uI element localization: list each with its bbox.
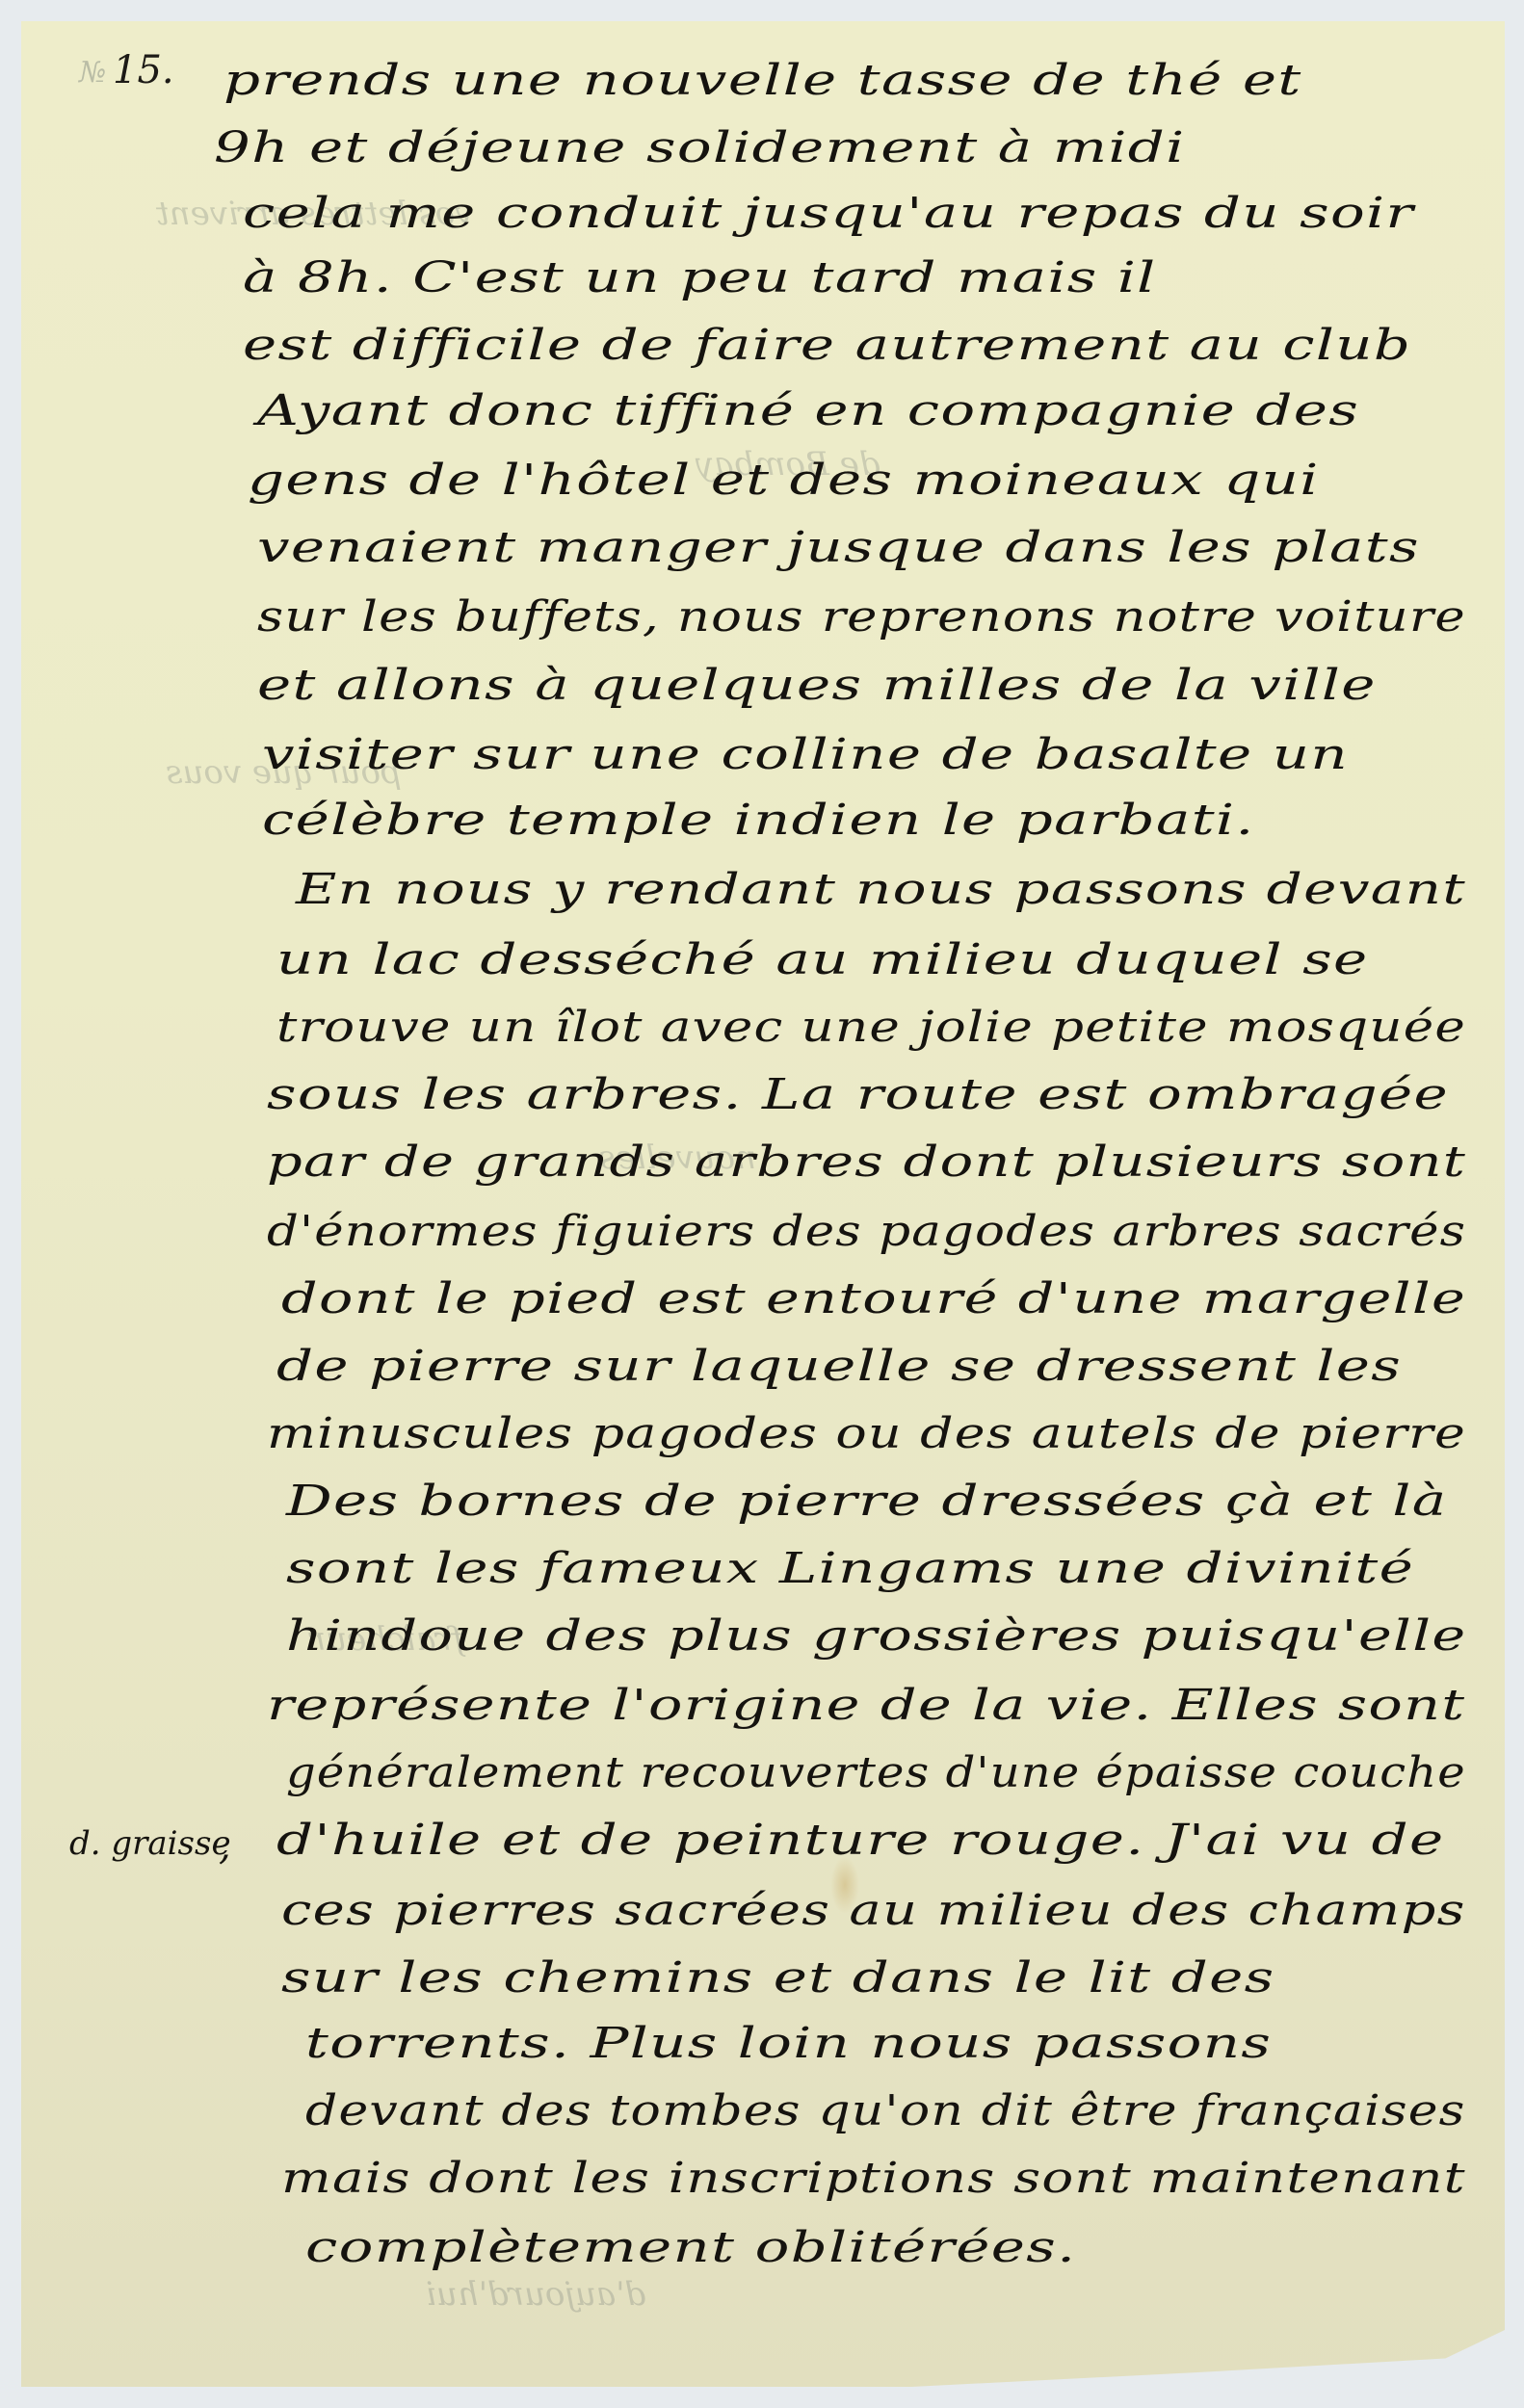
manuscript-line: sur les chemins et dans le lit des	[281, 1957, 1274, 2000]
manuscript-line: complètement oblitérées.	[305, 2227, 1076, 2269]
manuscript-line: ces pierres sacrées au milieu des champs	[281, 1890, 1466, 1932]
manuscript-line: devant des tombes qu'on dit être françai…	[305, 2090, 1465, 2133]
manuscript-line: un lac desséché au milieu duquel se	[276, 939, 1368, 982]
manuscript-line: dont le pied est entouré d'une margelle	[281, 1278, 1466, 1321]
manuscript-line: célèbre temple indien le parbati.	[262, 799, 1255, 842]
manuscript-line: visiter sur une colline de basalte un	[262, 734, 1349, 776]
manuscript-line: mais dont les inscriptions sont maintena…	[281, 2158, 1466, 2200]
manuscript-line: de pierre sur laquelle se dressent les	[276, 1346, 1402, 1388]
manuscript-line: est difficile de faire autrement au club	[243, 325, 1411, 367]
faint-pencil-mark: №	[79, 56, 106, 90]
manuscript-line: minuscules pagodes ou des autels de pier…	[267, 1413, 1466, 1455]
manuscript-line: représente l'origine de la vie. Elles so…	[267, 1685, 1465, 1727]
manuscript-line: d'énormes figuiers des pagodes arbres sa…	[267, 1211, 1466, 1253]
manuscript-line: prends une nouvelle tasse de thé et	[223, 60, 1302, 102]
manuscript-line: Ayant donc tiffiné en compagnie des	[257, 390, 1359, 432]
manuscript-line: 9h et déjeune solidement à midi	[214, 127, 1186, 170]
paper-stain	[830, 1856, 859, 1914]
page-number: 15.	[113, 48, 174, 92]
manuscript-line: et allons à quelques milles de la ville	[257, 665, 1377, 707]
manuscript-line: à 8h. C'est un peu tard mais il	[243, 257, 1157, 300]
manuscript-line: sous les arbres. La route est ombragée	[267, 1074, 1449, 1116]
manuscript-line: généralement recouvertes d'une épaisse c…	[286, 1752, 1466, 1794]
manuscript-line: gens de l'hôtel et des moineaux qui	[248, 459, 1320, 502]
manuscript-line: d'huile et de peinture rouge. J'ai vu de	[276, 1819, 1445, 1862]
manuscript-line: cela me conduit jusqu'au repas du soir	[243, 193, 1414, 235]
manuscript-line: hindoue des plus grossières puisqu'elle	[286, 1615, 1466, 1658]
bleed-through-line: d'aujourd'hui	[426, 2275, 645, 2314]
manuscript-line: En nous y rendant nous passons devant	[296, 869, 1466, 911]
manuscript-line: trouve un îlot avec une jolie petite mos…	[276, 1007, 1466, 1049]
manuscript-page: vos lettres arrivent de Bombay pour que …	[21, 21, 1505, 2387]
manuscript-line: sont les fameux Lingams une divinité	[286, 1548, 1414, 1590]
manuscript-line: Des bornes de pierre dressées çà et là	[286, 1480, 1448, 1523]
manuscript-line: par de grands arbres dont plusieurs sont	[267, 1141, 1466, 1184]
margin-comma: ,	[219, 1824, 231, 1869]
manuscript-line: venaient manger jusque dans les plats	[257, 527, 1420, 569]
margin-note: d. graisse	[69, 1824, 231, 1863]
manuscript-line: torrents. Plus loin nous passons	[305, 2023, 1272, 2065]
manuscript-line: sur les buffets, nous reprenons notre vo…	[257, 596, 1466, 639]
